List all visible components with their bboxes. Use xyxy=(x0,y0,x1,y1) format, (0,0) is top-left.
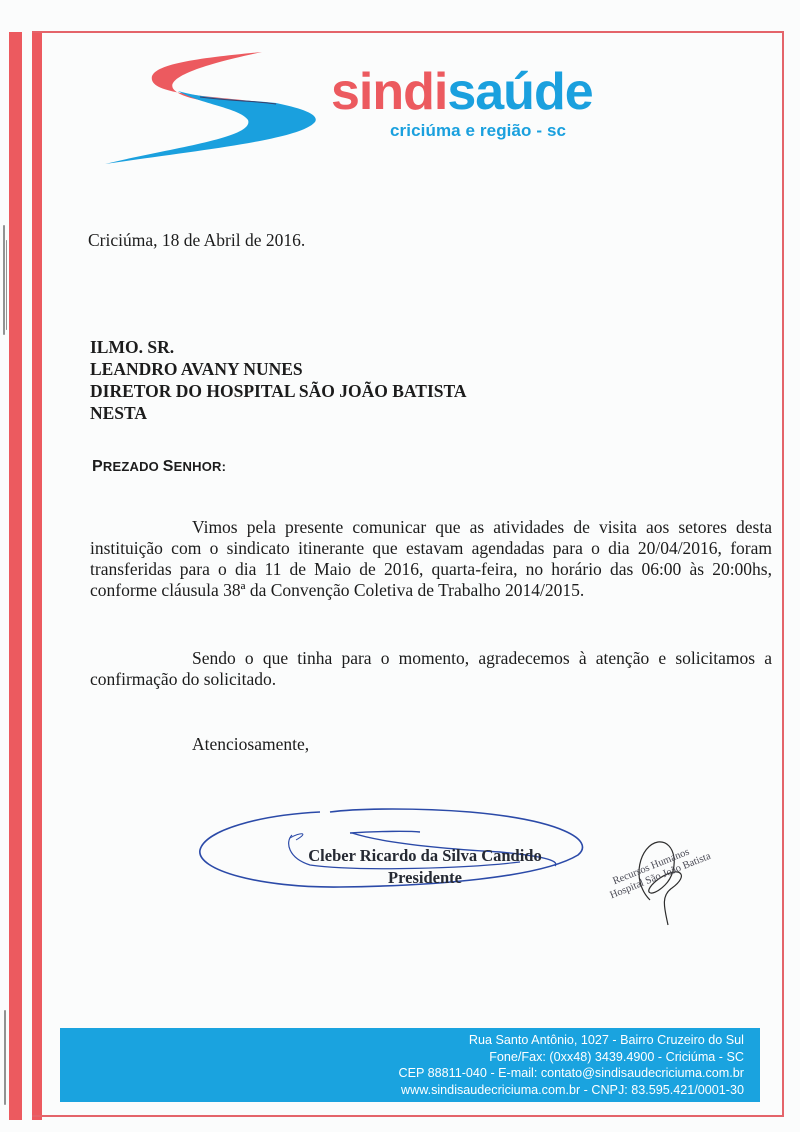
recipient-line: DIRETOR DO HOSPITAL SÃO JOÃO BATISTA xyxy=(90,380,467,402)
frame-bottom-border xyxy=(32,1115,784,1117)
brand-tagline: criciúma e região - sc xyxy=(390,121,566,141)
recipient-block: ILMO. SR. LEANDRO AVANY NUNES DIRETOR DO… xyxy=(90,336,467,424)
footer-address: Rua Santo Antônio, 1027 - Bairro Cruzeir… xyxy=(398,1032,744,1049)
footer-contact-block: Rua Santo Antônio, 1027 - Bairro Cruzeir… xyxy=(398,1032,744,1098)
brand-part-saude: saúde xyxy=(447,63,592,121)
scan-artifact xyxy=(4,1010,6,1105)
frame-right-border xyxy=(782,31,784,1117)
closing: Atenciosamente, xyxy=(192,734,309,755)
signer-name: Cleber Ricardo da Silva Candido xyxy=(290,845,560,867)
footer-phone: Fone/Fax: (0xx48) 3439.4900 - Criciúma -… xyxy=(398,1049,744,1066)
salutation-initial: P xyxy=(92,458,103,475)
salutation-initial: S xyxy=(163,458,174,475)
scan-artifact xyxy=(6,240,7,330)
sindisaude-swoosh-logo-icon xyxy=(95,45,325,175)
scan-artifact xyxy=(3,225,5,335)
body-paragraph: Vimos pela presente comunicar que as ati… xyxy=(90,517,772,601)
recipient-line: LEANDRO AVANY NUNES xyxy=(90,358,467,380)
brand-wordmark: sindisaúde xyxy=(331,66,593,118)
signer-block: Cleber Ricardo da Silva Candido Presiden… xyxy=(290,845,560,889)
left-border-stripe-inner xyxy=(32,32,42,1120)
salutation: PREZADO SENHOR: xyxy=(92,458,226,476)
recipient-line: ILMO. SR. xyxy=(90,336,467,358)
body-paragraph: Sendo o que tinha para o momento, agrade… xyxy=(90,648,772,690)
letterhead-footer: Rua Santo Antônio, 1027 - Bairro Cruzeir… xyxy=(60,1028,760,1102)
recipient-line: NESTA xyxy=(90,402,467,424)
signer-title: Presidente xyxy=(290,867,560,889)
frame-top-border xyxy=(32,31,784,33)
salutation-word: ENHOR: xyxy=(174,459,226,474)
letter-date: Criciúma, 18 de Abril de 2016. xyxy=(88,230,305,251)
salutation-word: REZADO xyxy=(103,459,159,474)
brand-part-sindi: sindi xyxy=(331,63,447,121)
left-border-stripe-outer xyxy=(9,32,22,1120)
footer-website-cnpj: www.sindisaudecriciuma.com.br - CNPJ: 83… xyxy=(398,1082,744,1099)
footer-cep-email: CEP 88811-040 - E-mail: contato@sindisau… xyxy=(398,1065,744,1082)
